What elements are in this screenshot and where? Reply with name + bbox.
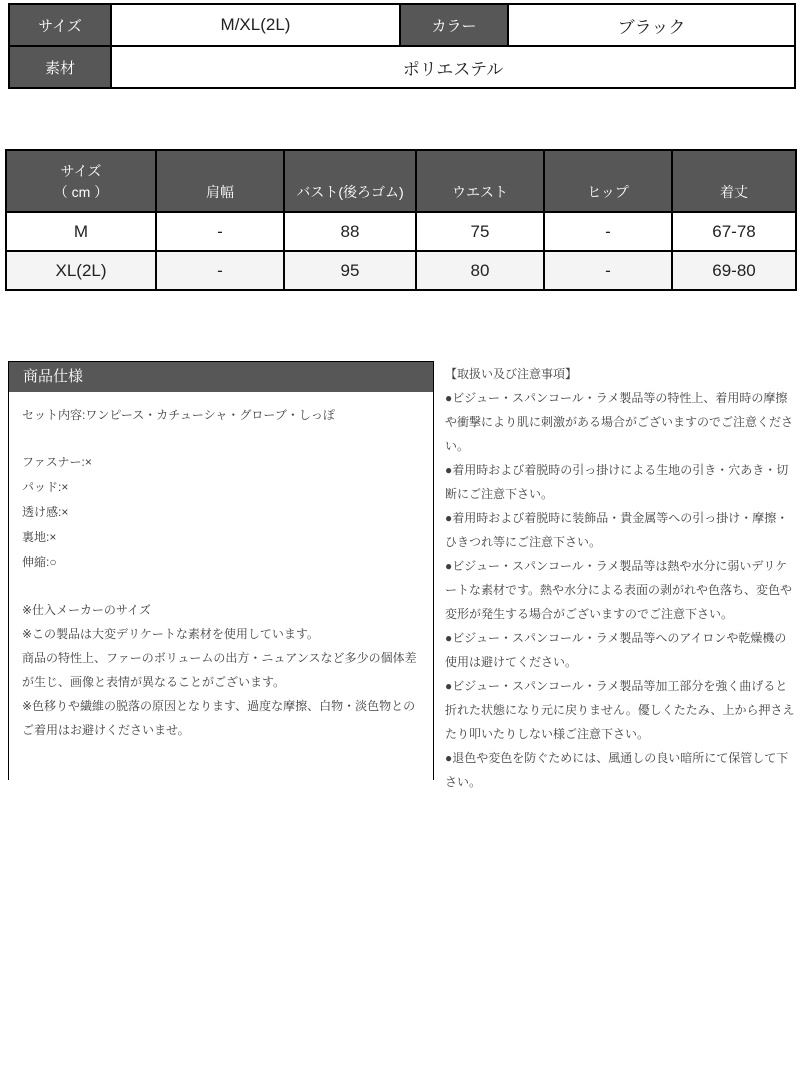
waist-header: ウエスト — [416, 150, 544, 212]
attribute-stretch: 伸縮:○ — [22, 550, 420, 575]
handling-item-bending: ●ビジュー・スパンコール・ラメ製品等加工部分を強く曲げると折れた状態になり元に戻… — [445, 674, 797, 746]
row-m-shoulder: - — [156, 212, 284, 251]
material-value: ポリエステル — [111, 46, 795, 88]
row-xl-hip: - — [544, 251, 672, 290]
shoulder-header: 肩幅 — [156, 150, 284, 212]
handling-item-accessories: ●着用時および着脱時に装飾品・貴金属等への引っ掛け・摩擦・ひきつれ等にご注意下さ… — [445, 506, 797, 554]
attribute-lining: 裏地:× — [22, 525, 420, 550]
product-spec-panel: 商品仕様 セット内容:ワンピース・カチューシャ・グローブ・しっぽ ファスナー:×… — [8, 361, 434, 780]
spacer — [22, 575, 420, 598]
color-value: ブラック — [508, 4, 795, 46]
row-xl-bust: 95 — [284, 251, 416, 290]
material-label: 素材 — [9, 46, 111, 88]
size-cm-header: サイズ （ cm ） — [6, 150, 156, 212]
product-spec-title: 商品仕様 — [9, 362, 433, 392]
handling-notes: 【取扱い及び注意事項】 ●ビジュー・スパンコール・ラメ製品等の特性上、着用時の摩… — [445, 361, 797, 794]
size-chart-row-m: M - 88 75 - 67-78 — [6, 212, 796, 251]
attribute-pad: パッド:× — [22, 475, 420, 500]
details-section: 商品仕様 セット内容:ワンピース・カチューシャ・グローブ・しっぽ ファスナー:×… — [8, 361, 800, 794]
handling-item-snagging: ●着用時および着脱時の引っ掛けによる生地の引き・穴あき・切断にご注意下さい。 — [445, 458, 797, 506]
size-label: サイズ — [9, 4, 111, 46]
attribute-sheerness: 透け感:× — [22, 500, 420, 525]
handling-item-friction: ●ビジュー・スパンコール・ラメ製品等の特性上、着用時の摩擦や衝撃により肌に刺激が… — [445, 386, 797, 458]
size-chart-table: サイズ （ cm ） 肩幅 バスト(後ろゴム) ウエスト ヒップ 着丈 M - … — [5, 149, 797, 291]
note-color-transfer: ※色移りや繊維の脱落の原因となります、過度な摩擦、白物・淡色物とのご着用はお避け… — [22, 694, 420, 742]
row-m-waist: 75 — [416, 212, 544, 251]
row-xl-shoulder: - — [156, 251, 284, 290]
spec-row-material: 素材 ポリエステル — [9, 46, 795, 88]
handling-item-heat-moisture: ●ビジュー・スパンコール・ラメ製品等は熱や水分に弱いデリケートな素材です。熱や水… — [445, 554, 797, 626]
spec-table: サイズ M/XL(2L) カラー ブラック 素材 ポリエステル — [8, 3, 796, 89]
row-m-size: M — [6, 212, 156, 251]
set-contents: セット内容:ワンピース・カチューシャ・グローブ・しっぽ — [22, 403, 420, 427]
handling-item-storage: ●退色や変色を防ぐためには、風通しの良い暗所にて保管して下さい。 — [445, 746, 797, 794]
product-spec-body: セット内容:ワンピース・カチューシャ・グローブ・しっぽ ファスナー:× パッド:… — [9, 392, 433, 780]
product-detail-page: サイズ M/XL(2L) カラー ブラック 素材 ポリエステル サイズ （ cm… — [0, 0, 800, 794]
color-label: カラー — [400, 4, 508, 46]
size-header-line2: （ cm ） — [54, 184, 108, 200]
spec-row-size-color: サイズ M/XL(2L) カラー ブラック — [9, 4, 795, 46]
bust-header: バスト(後ろゴム) — [284, 150, 416, 212]
hip-header: ヒップ — [544, 150, 672, 212]
spacer — [22, 427, 420, 450]
note-individual-difference: 商品の特性上、ファーのボリュームの出方・ニュアンスなど多少の個体差が生じ、画像と… — [22, 646, 420, 694]
size-chart-row-xl: XL(2L) - 95 80 - 69-80 — [6, 251, 796, 290]
row-m-hip: - — [544, 212, 672, 251]
size-chart-header-row: サイズ （ cm ） 肩幅 バスト(後ろゴム) ウエスト ヒップ 着丈 — [6, 150, 796, 212]
row-xl-waist: 80 — [416, 251, 544, 290]
row-m-length: 67-78 — [672, 212, 796, 251]
handling-item-iron-dryer: ●ビジュー・スパンコール・ラメ製品等へのアイロンや乾燥機の使用は避けてください。 — [445, 626, 797, 674]
length-header: 着丈 — [672, 150, 796, 212]
size-value: M/XL(2L) — [111, 4, 400, 46]
note-delicate-material: ※この製品は大変デリケートな素材を使用しています。 — [22, 622, 420, 646]
row-xl-length: 69-80 — [672, 251, 796, 290]
row-xl-size: XL(2L) — [6, 251, 156, 290]
size-header-line1: サイズ — [61, 163, 102, 179]
handling-title: 【取扱い及び注意事項】 — [445, 362, 797, 386]
row-m-bust: 88 — [284, 212, 416, 251]
attribute-fastener: ファスナー:× — [22, 450, 420, 475]
note-maker-size: ※仕入メーカーのサイズ — [22, 598, 420, 622]
